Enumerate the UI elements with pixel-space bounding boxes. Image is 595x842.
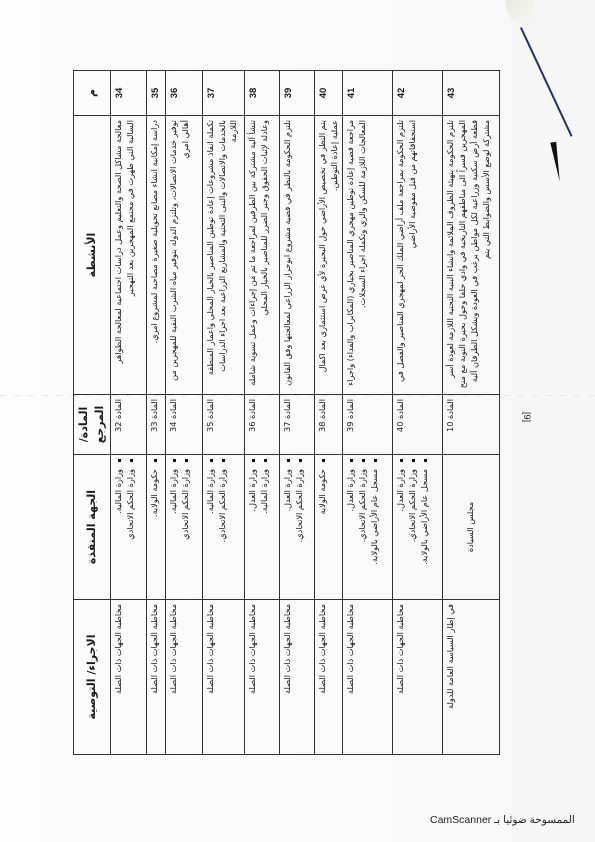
row-number: 37 bbox=[202, 71, 244, 116]
row-reference: المادة 36 bbox=[244, 395, 279, 455]
row-activity: معالجة مشاكل الصحة والتعليم وعمل دراسات … bbox=[110, 116, 146, 395]
row-action: في إطار السياسة العامة للدولة bbox=[443, 600, 500, 755]
row-number: 41 bbox=[343, 71, 393, 116]
row-reference: المادة 35 bbox=[202, 395, 244, 455]
row-action: مخاطبة الجهات ذات الصلة bbox=[110, 600, 146, 755]
row-reference: المادة 10 bbox=[443, 395, 500, 455]
row-activity: تلتزم الحكومة بتهيئة الظروف الملائمة وان… bbox=[443, 116, 500, 395]
implementing-body-item: وزارة العدل. bbox=[345, 459, 357, 595]
row-action: مخاطبة الجهات ذات الصلة bbox=[393, 600, 443, 755]
implementing-body-item: حكومة الولاية bbox=[317, 459, 329, 595]
table-row: 37تكملة انفاذ مشروعات إعادة توطين المناص… bbox=[202, 71, 244, 755]
bodies-list: وزارة العدل.وزارة المالية. bbox=[247, 459, 271, 595]
bodies-list: حكومة الولاية bbox=[317, 459, 329, 595]
implementing-body-item: وزارة العدل. bbox=[395, 459, 407, 595]
row-activity: تنشأ آلية مشتركة بين الطرفين لمراجعة ما … bbox=[244, 116, 279, 395]
row-reference: المادة 38 bbox=[314, 395, 343, 455]
row-action: مخاطبة الجهات ذات الصلة bbox=[146, 600, 165, 755]
row-action: مخاطبة الجهات ذات الصلة bbox=[244, 600, 279, 755]
camscanner-footer: الممسوحة ضوئيا بـ CamScanner bbox=[430, 814, 575, 826]
implementing-body-item: وزارة المالية. bbox=[113, 459, 125, 595]
row-implementing-bodies: وزارة المالية.وزارة الحكم الاتحادي bbox=[165, 455, 202, 600]
bodies-list: وزارة العدل.وزارة الحكم الاتحادي. bbox=[282, 459, 306, 595]
implementing-body-item: وزارة الحكم الاتحادي. bbox=[294, 459, 306, 595]
scanned-page: م الأنشطة المادة/ المرجع الجهة المنفذة ا… bbox=[0, 0, 595, 842]
implementing-body-item: وزارة العدل. bbox=[282, 459, 294, 595]
row-number: 38 bbox=[244, 71, 279, 116]
pen-mark-line bbox=[520, 27, 573, 137]
rotated-table-container: م الأنشطة المادة/ المرجع الجهة المنفذة ا… bbox=[73, 71, 490, 755]
row-number: 34 bbox=[110, 71, 146, 116]
header-reference: المادة/ المرجع bbox=[74, 395, 111, 455]
header-action: الاجراء/ التوصية bbox=[74, 600, 111, 755]
row-action: مخاطبة الجهات ذات الصلة bbox=[343, 600, 393, 755]
header-number: م bbox=[74, 71, 111, 116]
table-body: 34معالجة مشاكل الصحة والتعليم وعمل دراسا… bbox=[110, 71, 500, 755]
implementing-body-item: وزارة المالية. bbox=[259, 459, 271, 595]
implementing-body-item: وزارة الحكم الاتحادي. bbox=[217, 459, 229, 595]
row-reference: المادة 33 bbox=[146, 395, 165, 455]
row-implementing-bodies: حكومة الولاية. bbox=[146, 455, 165, 600]
row-action: مخاطبة الجهات ذات الصلة bbox=[314, 600, 343, 755]
row-activity: مراجعة قضية إعادة توطين مهجري المناصير ب… bbox=[343, 116, 393, 395]
implementing-body-item: مسجل عام الأراضي بالولاية. bbox=[369, 459, 381, 595]
pen-mark-tip bbox=[550, 142, 562, 182]
bodies-list: حكومة الولاية. bbox=[149, 459, 161, 595]
implementing-body-item: وزارة المالية. bbox=[168, 459, 180, 595]
row-activity: تكملة انفاذ مشروعات إعادة توطين المناصير… bbox=[202, 116, 244, 395]
bodies-list: مجلس السيادة bbox=[465, 459, 477, 595]
row-implementing-bodies: وزارة العدل.وزارة الحكم الاتحادي.مسجل عا… bbox=[343, 455, 393, 600]
row-reference: المادة 40 bbox=[393, 395, 443, 455]
row-number: 39 bbox=[279, 71, 314, 116]
table-row: 35دراسة إمكانية انشاء مصانع تحويلية صغير… bbox=[146, 71, 165, 755]
implementing-body-item: مسجل عام الأراضي بالولاية. bbox=[419, 459, 431, 595]
implementing-body-item: وزارة الحكم الاتحادي. bbox=[357, 459, 369, 595]
implementing-body-item: وزارة المالية. bbox=[205, 459, 217, 595]
table-row: 41مراجعة قضية إعادة توطين مهجري المناصير… bbox=[343, 71, 393, 755]
row-number: 40 bbox=[314, 71, 343, 116]
row-reference: المادة 32 bbox=[110, 395, 146, 455]
bodies-list: وزارة المالية.وزارة الحكم الاتحادي. bbox=[205, 459, 229, 595]
table-row: 39تلتزم الحكومة بالنظر في قضية مشروع ابو… bbox=[279, 71, 314, 755]
table-row: 38تنشأ آلية مشتركة بين الطرفين لمراجعة م… bbox=[244, 71, 279, 755]
table-row: 36توفير خدمات الاتصالات، وتلتزم الدولة ب… bbox=[165, 71, 202, 755]
row-implementing-bodies: وزارة المالية.وزارة الحكم الاتحادي bbox=[110, 455, 146, 600]
row-implementing-bodies: مجلس السيادة bbox=[443, 455, 500, 600]
row-number: 36 bbox=[165, 71, 202, 116]
table-row: 40يتم النظر في تخصيص الأراضي حول البحيرة… bbox=[314, 71, 343, 755]
row-activity: توفير خدمات الاتصالات، وتلتزم الدولة بتو… bbox=[165, 116, 202, 395]
header-implementing-body: الجهة المنفذة bbox=[74, 455, 111, 600]
row-action: مخاطبة الجهات ذات الصلة bbox=[202, 600, 244, 755]
page-corner-fold bbox=[505, 0, 535, 30]
commitments-table: م الأنشطة المادة/ المرجع الجهة المنفذة ا… bbox=[73, 70, 500, 755]
row-implementing-bodies: حكومة الولاية bbox=[314, 455, 343, 600]
table-row: 42تلتزم الحكومة بمراجعة ملف أراضي الملك … bbox=[393, 71, 443, 755]
bodies-list: وزارة المالية.وزارة الحكم الاتحادي bbox=[113, 459, 137, 595]
row-reference: المادة 39 bbox=[343, 395, 393, 455]
row-action: مخاطبة الجهات ذات الصلة bbox=[279, 600, 314, 755]
implementing-body-item: وزارة الحكم الاتحادي bbox=[125, 459, 137, 595]
row-action: مخاطبة الجهات ذات الصلة bbox=[165, 600, 202, 755]
row-number: 42 bbox=[393, 71, 443, 116]
row-reference: المادة 34 bbox=[165, 395, 202, 455]
table-row: 34معالجة مشاكل الصحة والتعليم وعمل دراسا… bbox=[110, 71, 146, 755]
header-activities: الأنشطة bbox=[74, 116, 111, 395]
bodies-list: وزارة العدل.وزارة الحكم الاتحادي.مسجل عا… bbox=[395, 459, 431, 595]
table-header-row: م الأنشطة المادة/ المرجع الجهة المنفذة ا… bbox=[74, 71, 111, 755]
page-number: [9] bbox=[522, 412, 532, 422]
row-implementing-bodies: وزارة العدل.وزارة المالية. bbox=[244, 455, 279, 600]
bodies-list: وزارة العدل.وزارة الحكم الاتحادي.مسجل عا… bbox=[345, 459, 381, 595]
row-activity: دراسة إمكانية انشاء مصانع تحويلية صغيرة … bbox=[146, 116, 165, 395]
row-reference: المادة 37 bbox=[279, 395, 314, 455]
row-implementing-bodies: وزارة المالية.وزارة الحكم الاتحادي. bbox=[202, 455, 244, 600]
row-number: 43 bbox=[443, 71, 500, 116]
implementing-body-item: وزارة العدل. bbox=[247, 459, 259, 595]
implementing-body-item: حكومة الولاية. bbox=[149, 459, 161, 595]
row-activity: يتم النظر في تخصيص الأراضي حول البحيرة ل… bbox=[314, 116, 343, 395]
implementing-body-item: مجلس السيادة bbox=[465, 459, 477, 595]
implementing-body-item: وزارة الحكم الاتحادي bbox=[180, 459, 192, 595]
bodies-list: وزارة المالية.وزارة الحكم الاتحادي bbox=[168, 459, 192, 595]
row-implementing-bodies: وزارة العدل.وزارة الحكم الاتحادي.مسجل عا… bbox=[393, 455, 443, 600]
row-activity: تلتزم الحكومة بالنظر في قضية مشروع ابوحر… bbox=[279, 116, 314, 395]
row-activity: تلتزم الحكومة بمراجعة ملف أراضي الملك ال… bbox=[393, 116, 443, 395]
row-number: 35 bbox=[146, 71, 165, 116]
table-row: 43تلتزم الحكومة بتهيئة الظروف الملائمة و… bbox=[443, 71, 500, 755]
implementing-body-item: وزارة الحكم الاتحادي. bbox=[407, 459, 419, 595]
row-implementing-bodies: وزارة العدل.وزارة الحكم الاتحادي. bbox=[279, 455, 314, 600]
